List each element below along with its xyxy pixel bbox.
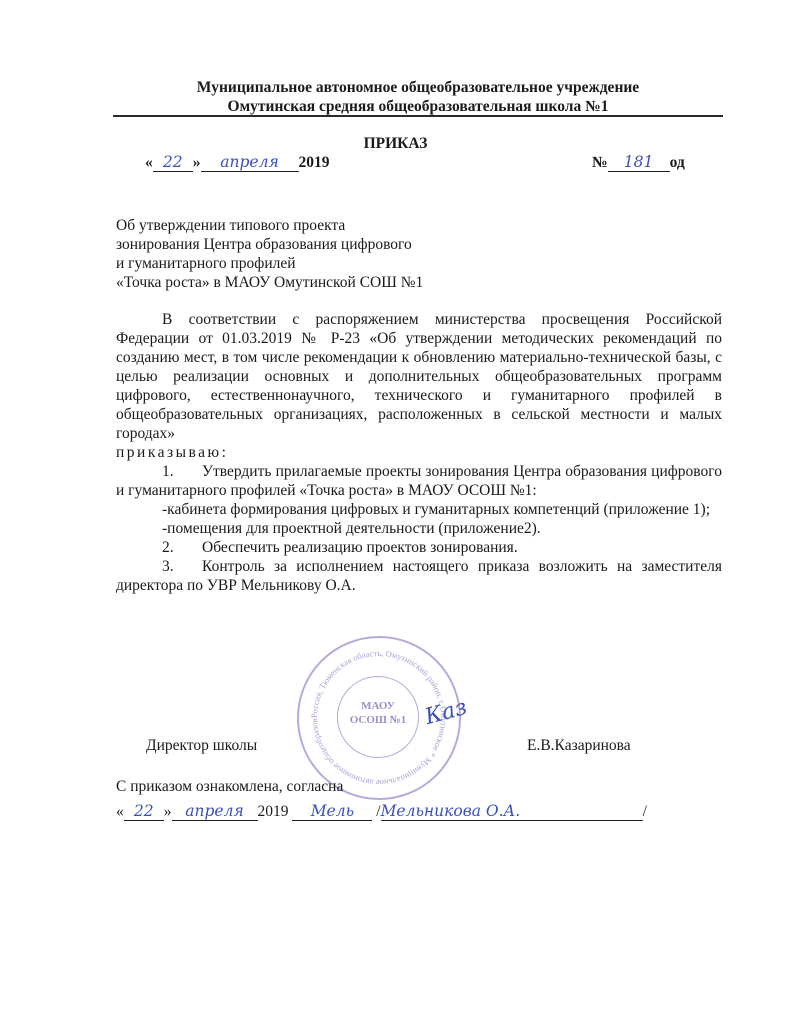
ack-name: Мельникова О.А. xyxy=(381,802,643,821)
number-sign: № xyxy=(592,154,608,171)
stamp-center-text: МАОУ ОСОШ №1 xyxy=(338,699,418,727)
ack-date-month: апреля xyxy=(172,802,258,821)
item-number: 3. xyxy=(162,557,202,576)
sub-item: -кабинета формирования цифровых и гумани… xyxy=(116,500,722,519)
order-date: «22»апреля2019 xyxy=(145,153,330,172)
item-text: Утвердить прилагаемые проекты зонировани… xyxy=(116,463,722,499)
subject-line: Об утверждении типового проекта xyxy=(116,216,423,235)
document-title: ПРИКАЗ xyxy=(0,135,791,153)
preamble: В соответствии с распоряжением министерс… xyxy=(116,310,722,443)
director-position: Директор школы xyxy=(146,737,257,755)
order-date-month: апреля xyxy=(201,153,299,172)
quote-close: » xyxy=(164,803,172,820)
order-number: №181од xyxy=(592,153,685,172)
stamp-org-abbr: МАОУ xyxy=(338,699,418,713)
order-number-suffix: од xyxy=(670,154,685,171)
ack-date-year: 2019 xyxy=(258,803,289,820)
order-item-3: 3.Контроль за исполнением настоящего при… xyxy=(116,557,722,595)
stamp-school-abbr: ОСОШ №1 xyxy=(338,713,418,727)
order-body: В соответствии с распоряжением министерс… xyxy=(116,310,722,595)
organization-header: Муниципальное автономное общеобразовател… xyxy=(113,78,723,116)
item-number: 1. xyxy=(162,462,202,481)
order-number-value: 181 xyxy=(608,153,670,172)
subject-line: зонирования Центра образования цифрового xyxy=(116,235,423,254)
item-number: 2. xyxy=(162,538,202,557)
acknowledgement-line: «22»апреля2019 Мель /Мельникова О.А./ xyxy=(116,802,647,821)
director-name: Е.В.Казаринова xyxy=(527,737,631,755)
ack-signature: Мель xyxy=(292,802,372,821)
order-date-year: 2019 xyxy=(299,154,330,171)
subject-line: и гуманитарного профилей xyxy=(116,254,423,273)
order-subject: Об утверждении типового проекта зонирова… xyxy=(116,216,423,292)
order-directive: приказываю: xyxy=(116,443,722,462)
quote-open: « xyxy=(116,803,124,820)
header-divider xyxy=(113,115,723,117)
ack-date-day: 22 xyxy=(124,802,164,821)
quote-open: « xyxy=(145,154,153,171)
sub-item: -помещения для проектной деятельности (п… xyxy=(116,519,722,538)
acknowledgement-text: С приказом ознакомлена, согласна xyxy=(116,778,343,796)
quote-close: » xyxy=(193,154,201,171)
order-item-2: 2.Обеспечить реализацию проектов зониров… xyxy=(116,538,722,557)
order-item-1: 1.Утвердить прилагаемые проекты зонирова… xyxy=(116,462,722,500)
org-name: Омутинская средняя общеобразовательная ш… xyxy=(113,97,723,116)
order-date-day: 22 xyxy=(153,153,193,172)
stamp-inner-circle: МАОУ ОСОШ №1 xyxy=(337,676,419,758)
slash: / xyxy=(643,803,647,820)
item-text: Контроль за исполнением настоящего прика… xyxy=(116,558,722,594)
org-type: Муниципальное автономное общеобразовател… xyxy=(113,78,723,97)
item-text: Обеспечить реализацию проектов зонирован… xyxy=(202,539,518,556)
subject-line: «Точка роста» в МАОУ Омутинской СОШ №1 xyxy=(116,273,423,292)
